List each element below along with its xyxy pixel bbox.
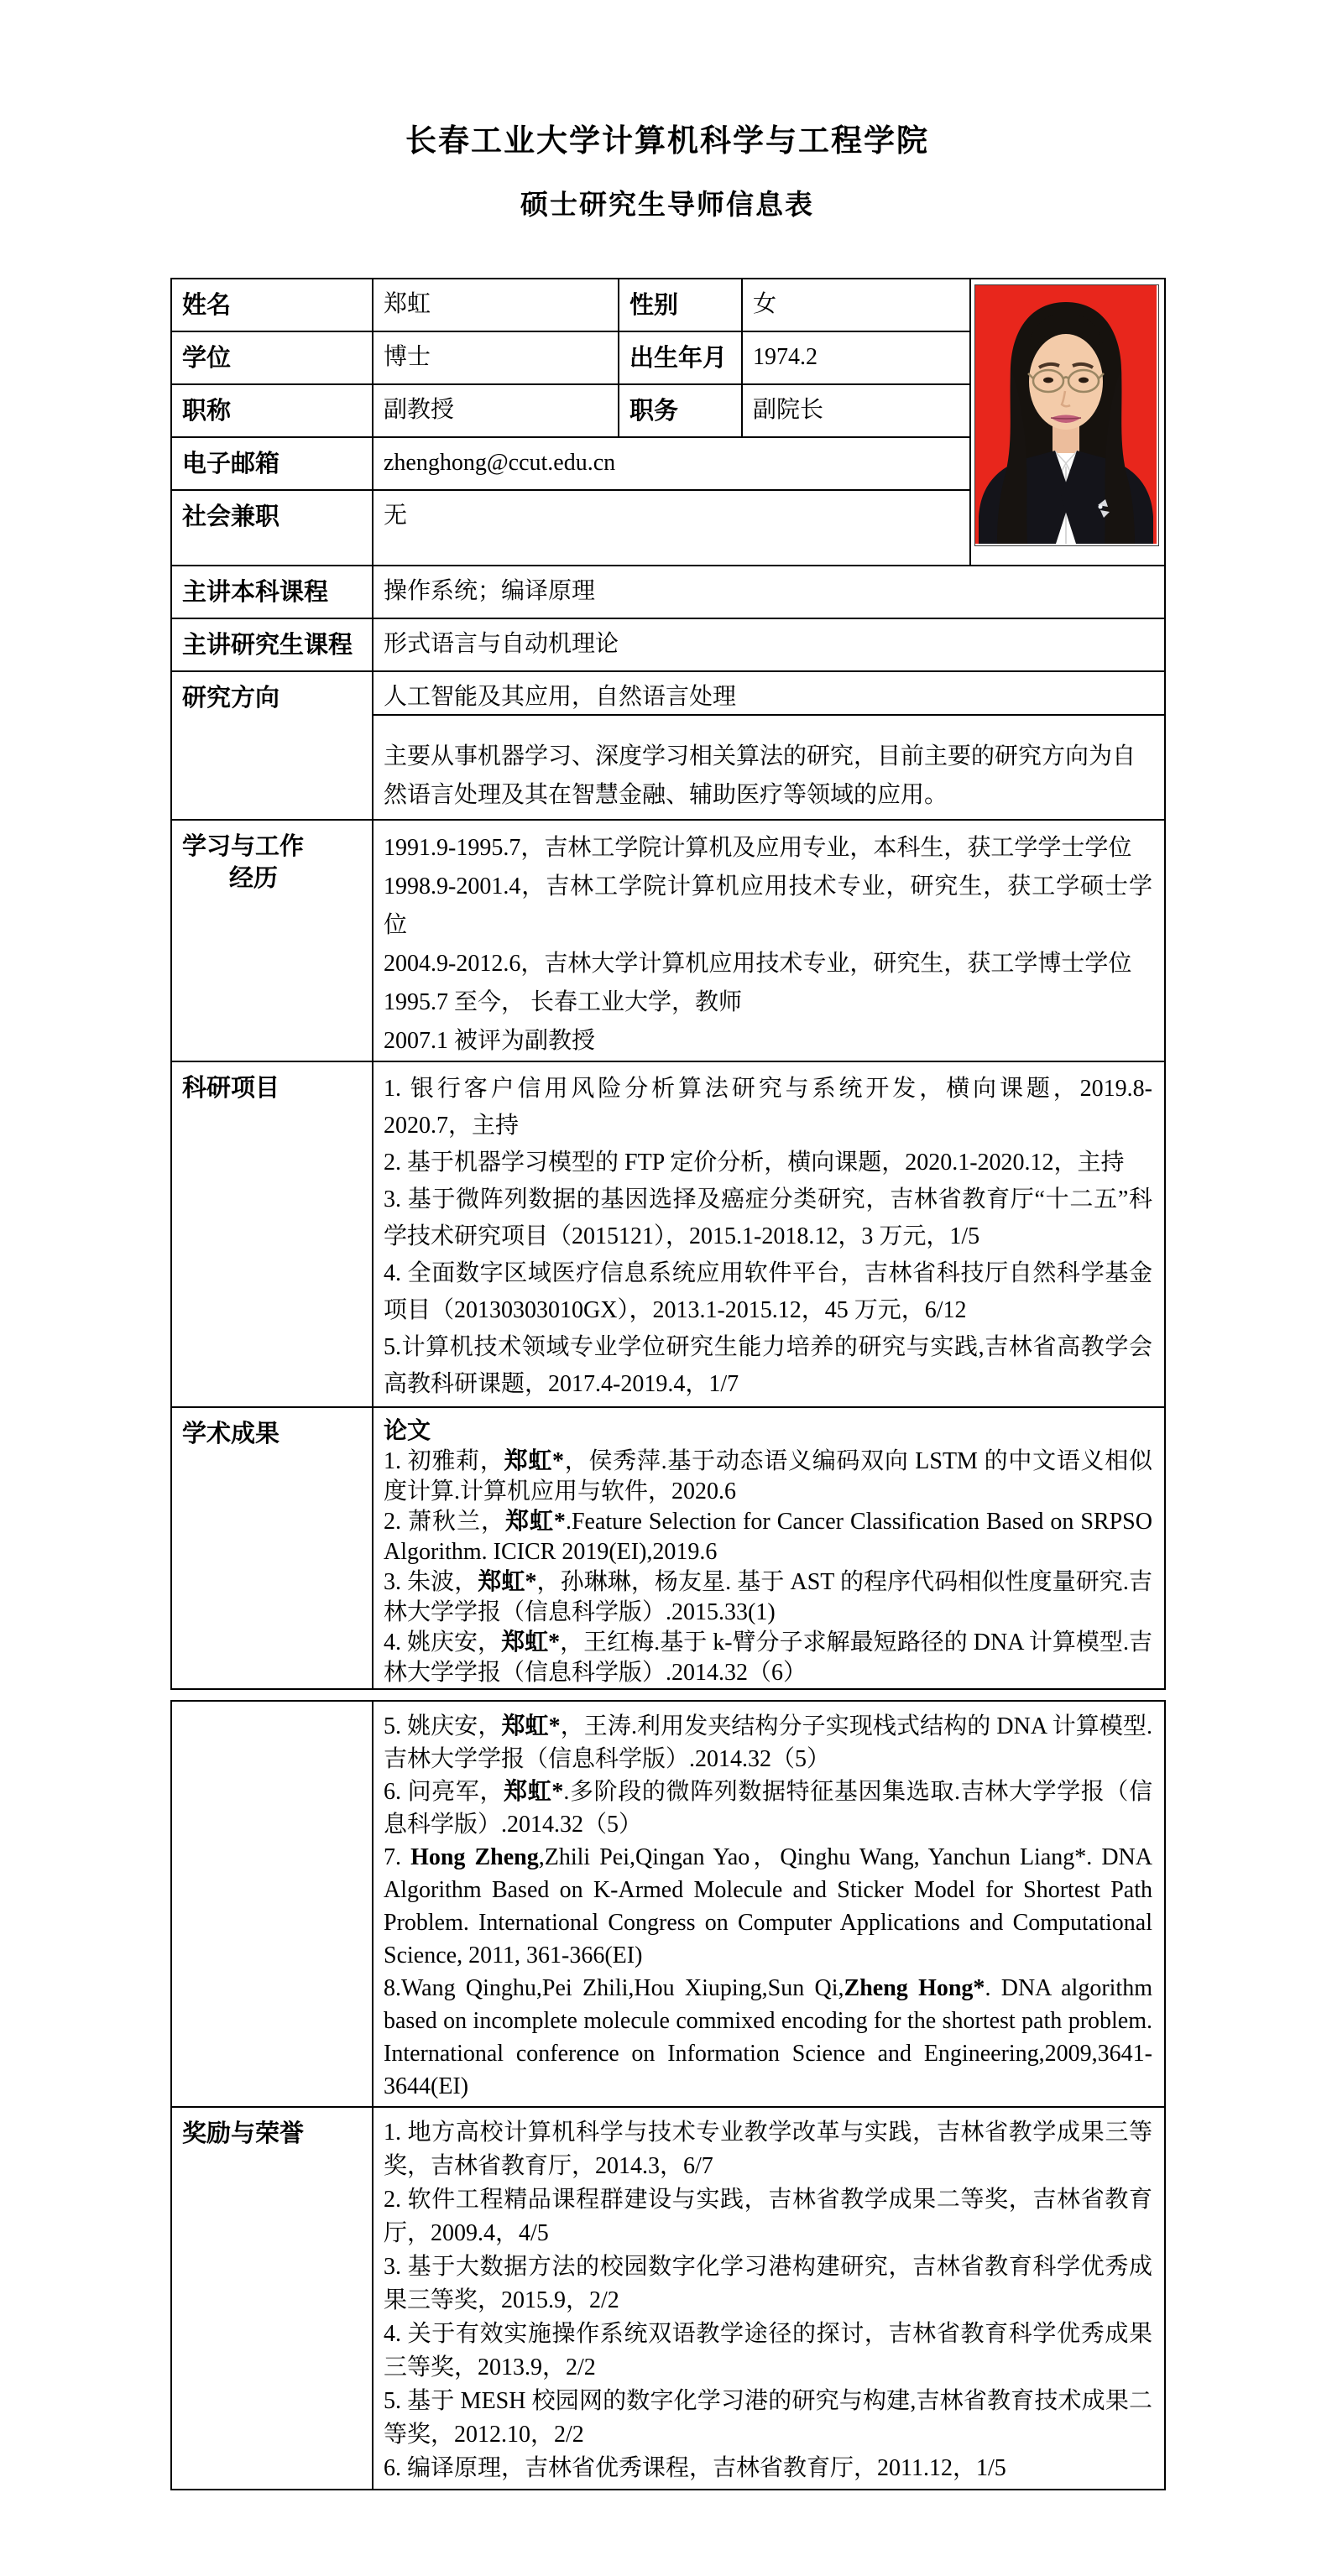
name-value: 郑虹 [373, 279, 619, 331]
portrait-photo [974, 284, 1159, 546]
award-item: 5. 基于 MESH 校园网的数字化学习港的研究与构建,吉林省教育技术成果二等奖… [384, 2385, 1152, 2452]
achievements-continued-label-cell [171, 1701, 373, 2107]
experience-label-line1: 学习与工作 [182, 831, 365, 863]
doc-title-line1: 长春工业大学计算机科学与工程学院 [170, 122, 1164, 162]
experience-line: 1991.9-1995.7，吉林工学院计算机及应用专业，本科生，获工学学士学位 [384, 829, 1152, 868]
paper-text: 2. 萧秋兰， [384, 1509, 505, 1535]
table-row-awards: 奖励与荣誉 1. 地方高校计算机科学与技术专业教学改革与实践，吉林省教学成果三等… [171, 2107, 1165, 2490]
undergrad-courses-label: 主讲本科课程 [171, 566, 373, 618]
papers-subtitle: 论文 [384, 1416, 1152, 1447]
table-row-name-gender: 姓名 郑虹 性别 女 [171, 279, 1165, 331]
name-label: 姓名 [171, 279, 373, 331]
table-row-achievements: 学术成果 论文 1. 初雅莉，郑虹*，侯秀萍.基于动态语义编码双向 LSTM 的… [171, 1407, 1165, 1689]
award-item: 3. 基于大数据方法的校园数字化学习港构建研究，吉林省教育科学优秀成果三等奖，2… [384, 2250, 1152, 2318]
paper-text: 1. 初雅莉， [384, 1448, 504, 1474]
email-label: 电子邮箱 [171, 437, 373, 490]
gender-value: 女 [742, 279, 970, 331]
paper-author-highlight: Zheng Hong* [844, 1975, 985, 2001]
degree-label: 学位 [171, 331, 373, 384]
email-value: zhenghong@ccut.edu.cn [373, 437, 970, 490]
table-row-grad-courses: 主讲研究生课程 形式语言与自动机理论 [171, 618, 1165, 671]
achievements-value: 论文 1. 初雅莉，郑虹*，侯秀萍.基于动态语义编码双向 LSTM 的中文语义相… [373, 1407, 1165, 1689]
project-item: 5.计算机技术领域专业学位研究生能力培养的研究与实践,吉林省高教学会高教科研课题… [384, 1329, 1152, 1403]
paper-item: 1. 初雅莉，郑虹*，侯秀萍.基于动态语义编码双向 LSTM 的中文语义相似度计… [384, 1447, 1152, 1507]
paper-author-highlight: 郑虹* [478, 1569, 536, 1595]
award-item: 2. 软件工程精品课程群建设与实践，吉林省教学成果二等奖，吉林省教育厅，2009… [384, 2183, 1152, 2250]
document-content: 长春工业大学计算机科学与工程学院 硕士研究生导师信息表 姓名 郑虹 性别 女 [170, 0, 1164, 2490]
paper-author-highlight: 郑虹* [504, 1448, 564, 1474]
paper-item: 6. 问亮军，郑虹*.多阶段的微阵列数据特征基因集选取.吉林大学学报（信息科学版… [384, 1776, 1152, 1841]
awards-value: 1. 地方高校计算机科学与技术专业教学改革与实践，吉林省教学成果三等奖，吉林省教… [373, 2107, 1165, 2490]
doc-title-line2: 硕士研究生导师信息表 [170, 187, 1164, 224]
table-row-experience: 学习与工作 经历 1991.9-1995.7，吉林工学院计算机及应用专业，本科生… [171, 820, 1165, 1061]
experience-line: 1995.7 至今， 长春工业大学，教师 [384, 983, 1152, 1022]
paper-text: 6. 问亮军， [384, 1779, 504, 1805]
project-item: 4. 全面数字区域医疗信息系统应用软件平台，吉林省科技厅自然科学基金项目（201… [384, 1255, 1152, 1329]
paper-text: 5. 姚庆安， [384, 1713, 501, 1739]
paper-author-highlight: Hong Zheng [410, 1844, 539, 1870]
birth-value: 1974.2 [742, 331, 970, 384]
experience-label-line2: 经历 [182, 863, 365, 894]
experience-line: 2004.9-2012.6，吉林大学计算机应用技术专业，研究生，获工学博士学位 [384, 945, 1152, 983]
title-label: 职称 [171, 384, 373, 437]
experience-label: 学习与工作 经历 [171, 820, 373, 1061]
paper-author-highlight: 郑虹* [501, 1630, 560, 1656]
duty-label: 职务 [619, 384, 742, 437]
table-row-achievements-continued: 5. 姚庆安，郑虹*，王涛.利用发夹结构分子实现栈式结构的 DNA 计算模型.吉… [171, 1701, 1165, 2107]
project-item: 2. 基于机器学习模型的 FTP 定价分析，横向课题，2020.1-2020.1… [384, 1145, 1152, 1181]
duty-value: 副院长 [742, 384, 970, 437]
award-item: 6. 编译原理，吉林省优秀课程，吉林省教育厅，2011.12，1/5 [384, 2452, 1152, 2485]
paper-item: 2. 萧秋兰，郑虹*.Feature Selection for Cancer … [384, 1507, 1152, 1567]
award-item: 1. 地方高校计算机科学与技术专业教学改革与实践，吉林省教学成果三等奖，吉林省教… [384, 2116, 1152, 2183]
experience-line: 2007.1 被评为副教授 [384, 1022, 1152, 1061]
paper-text: 4. 姚庆安， [384, 1630, 501, 1656]
degree-value: 博士 [373, 331, 619, 384]
achievements-continued-value: 5. 姚庆安，郑虹*，王涛.利用发夹结构分子实现栈式结构的 DNA 计算模型.吉… [373, 1701, 1165, 2107]
projects-value: 1. 银行客户信用风险分析算法研究与系统开发，横向课题，2019.8-2020.… [373, 1061, 1165, 1407]
paper-item: 3. 朱波，郑虹*，孙琳琳，杨友星. 基于 AST 的程序代码相似性度量研究.吉… [384, 1567, 1152, 1628]
gender-label: 性别 [619, 279, 742, 331]
paper-author-highlight: 郑虹* [501, 1713, 560, 1739]
experience-line: 1998.9-2001.4，吉林工学院计算机应用技术专业，研究生，获工学硕士学位 [384, 868, 1152, 945]
document-page: 长春工业大学计算机科学与工程学院 硕士研究生导师信息表 姓名 郑虹 性别 女 [0, 0, 1332, 2576]
supervisor-info-table: 姓名 郑虹 性别 女 [170, 278, 1166, 1690]
research-direction-detail: 主要从事机器学习、深度学习相关算法的研究，目前主要的研究方向为自然语言处理及其在… [373, 715, 1165, 820]
undergrad-courses-value: 操作系统；编译原理 [373, 566, 1165, 618]
table-row-undergrad-courses: 主讲本科课程 操作系统；编译原理 [171, 566, 1165, 618]
grad-courses-label: 主讲研究生课程 [171, 618, 373, 671]
paper-item: 5. 姚庆安，郑虹*，王涛.利用发夹结构分子实现栈式结构的 DNA 计算模型.吉… [384, 1710, 1152, 1776]
project-item: 1. 银行客户信用风险分析算法研究与系统开发，横向课题，2019.8-2020.… [384, 1071, 1152, 1145]
supervisor-info-table-continued: 5. 姚庆安，郑虹*，王涛.利用发夹结构分子实现栈式结构的 DNA 计算模型.吉… [170, 1700, 1166, 2490]
projects-label: 科研项目 [171, 1061, 373, 1407]
award-item: 4. 关于有效实施操作系统双语教学途径的探讨，吉林省教育科学优秀成果三等奖，20… [384, 2318, 1152, 2385]
paper-item: 8.Wang Qinghu,Pei Zhili,Hou Xiuping,Sun … [384, 1972, 1152, 2103]
paper-author-highlight: 郑虹* [504, 1779, 563, 1805]
awards-label: 奖励与荣誉 [171, 2107, 373, 2490]
paper-author-highlight: 郑虹* [505, 1509, 566, 1535]
research-direction-summary: 人工智能及其应用，自然语言处理 [373, 671, 1165, 715]
project-item: 3. 基于微阵列数据的基因选择及癌症分类研究，吉林省教育厅“十二五”科学技术研究… [384, 1181, 1152, 1255]
paper-text: 7. [384, 1844, 410, 1870]
social-value: 无 [373, 490, 970, 566]
title-value: 副教授 [373, 384, 619, 437]
paper-text: 8.Wang Qinghu,Pei Zhili,Hou Xiuping,Sun … [384, 1975, 844, 2001]
social-label: 社会兼职 [171, 490, 373, 566]
paper-item: 4. 姚庆安，郑虹*，王红梅.基于 k-臂分子求解最短路径的 DNA 计算模型.… [384, 1628, 1152, 1688]
photo-cell [970, 279, 1165, 566]
experience-value: 1991.9-1995.7，吉林工学院计算机及应用专业，本科生，获工学学士学位 … [373, 820, 1165, 1061]
birth-label: 出生年月 [619, 331, 742, 384]
paper-item: 7. Hong Zheng,Zhili Pei,Qingan Yao，Qingh… [384, 1841, 1152, 1972]
portrait-photo-illustration [975, 285, 1157, 544]
table-row-projects: 科研项目 1. 银行客户信用风险分析算法研究与系统开发，横向课题，2019.8-… [171, 1061, 1165, 1407]
research-direction-label: 研究方向 [171, 671, 373, 820]
table-row-research-direction: 研究方向 人工智能及其应用，自然语言处理 [171, 671, 1165, 715]
paper-text: 3. 朱波， [384, 1569, 478, 1595]
grad-courses-value: 形式语言与自动机理论 [373, 618, 1165, 671]
achievements-label: 学术成果 [171, 1407, 373, 1689]
